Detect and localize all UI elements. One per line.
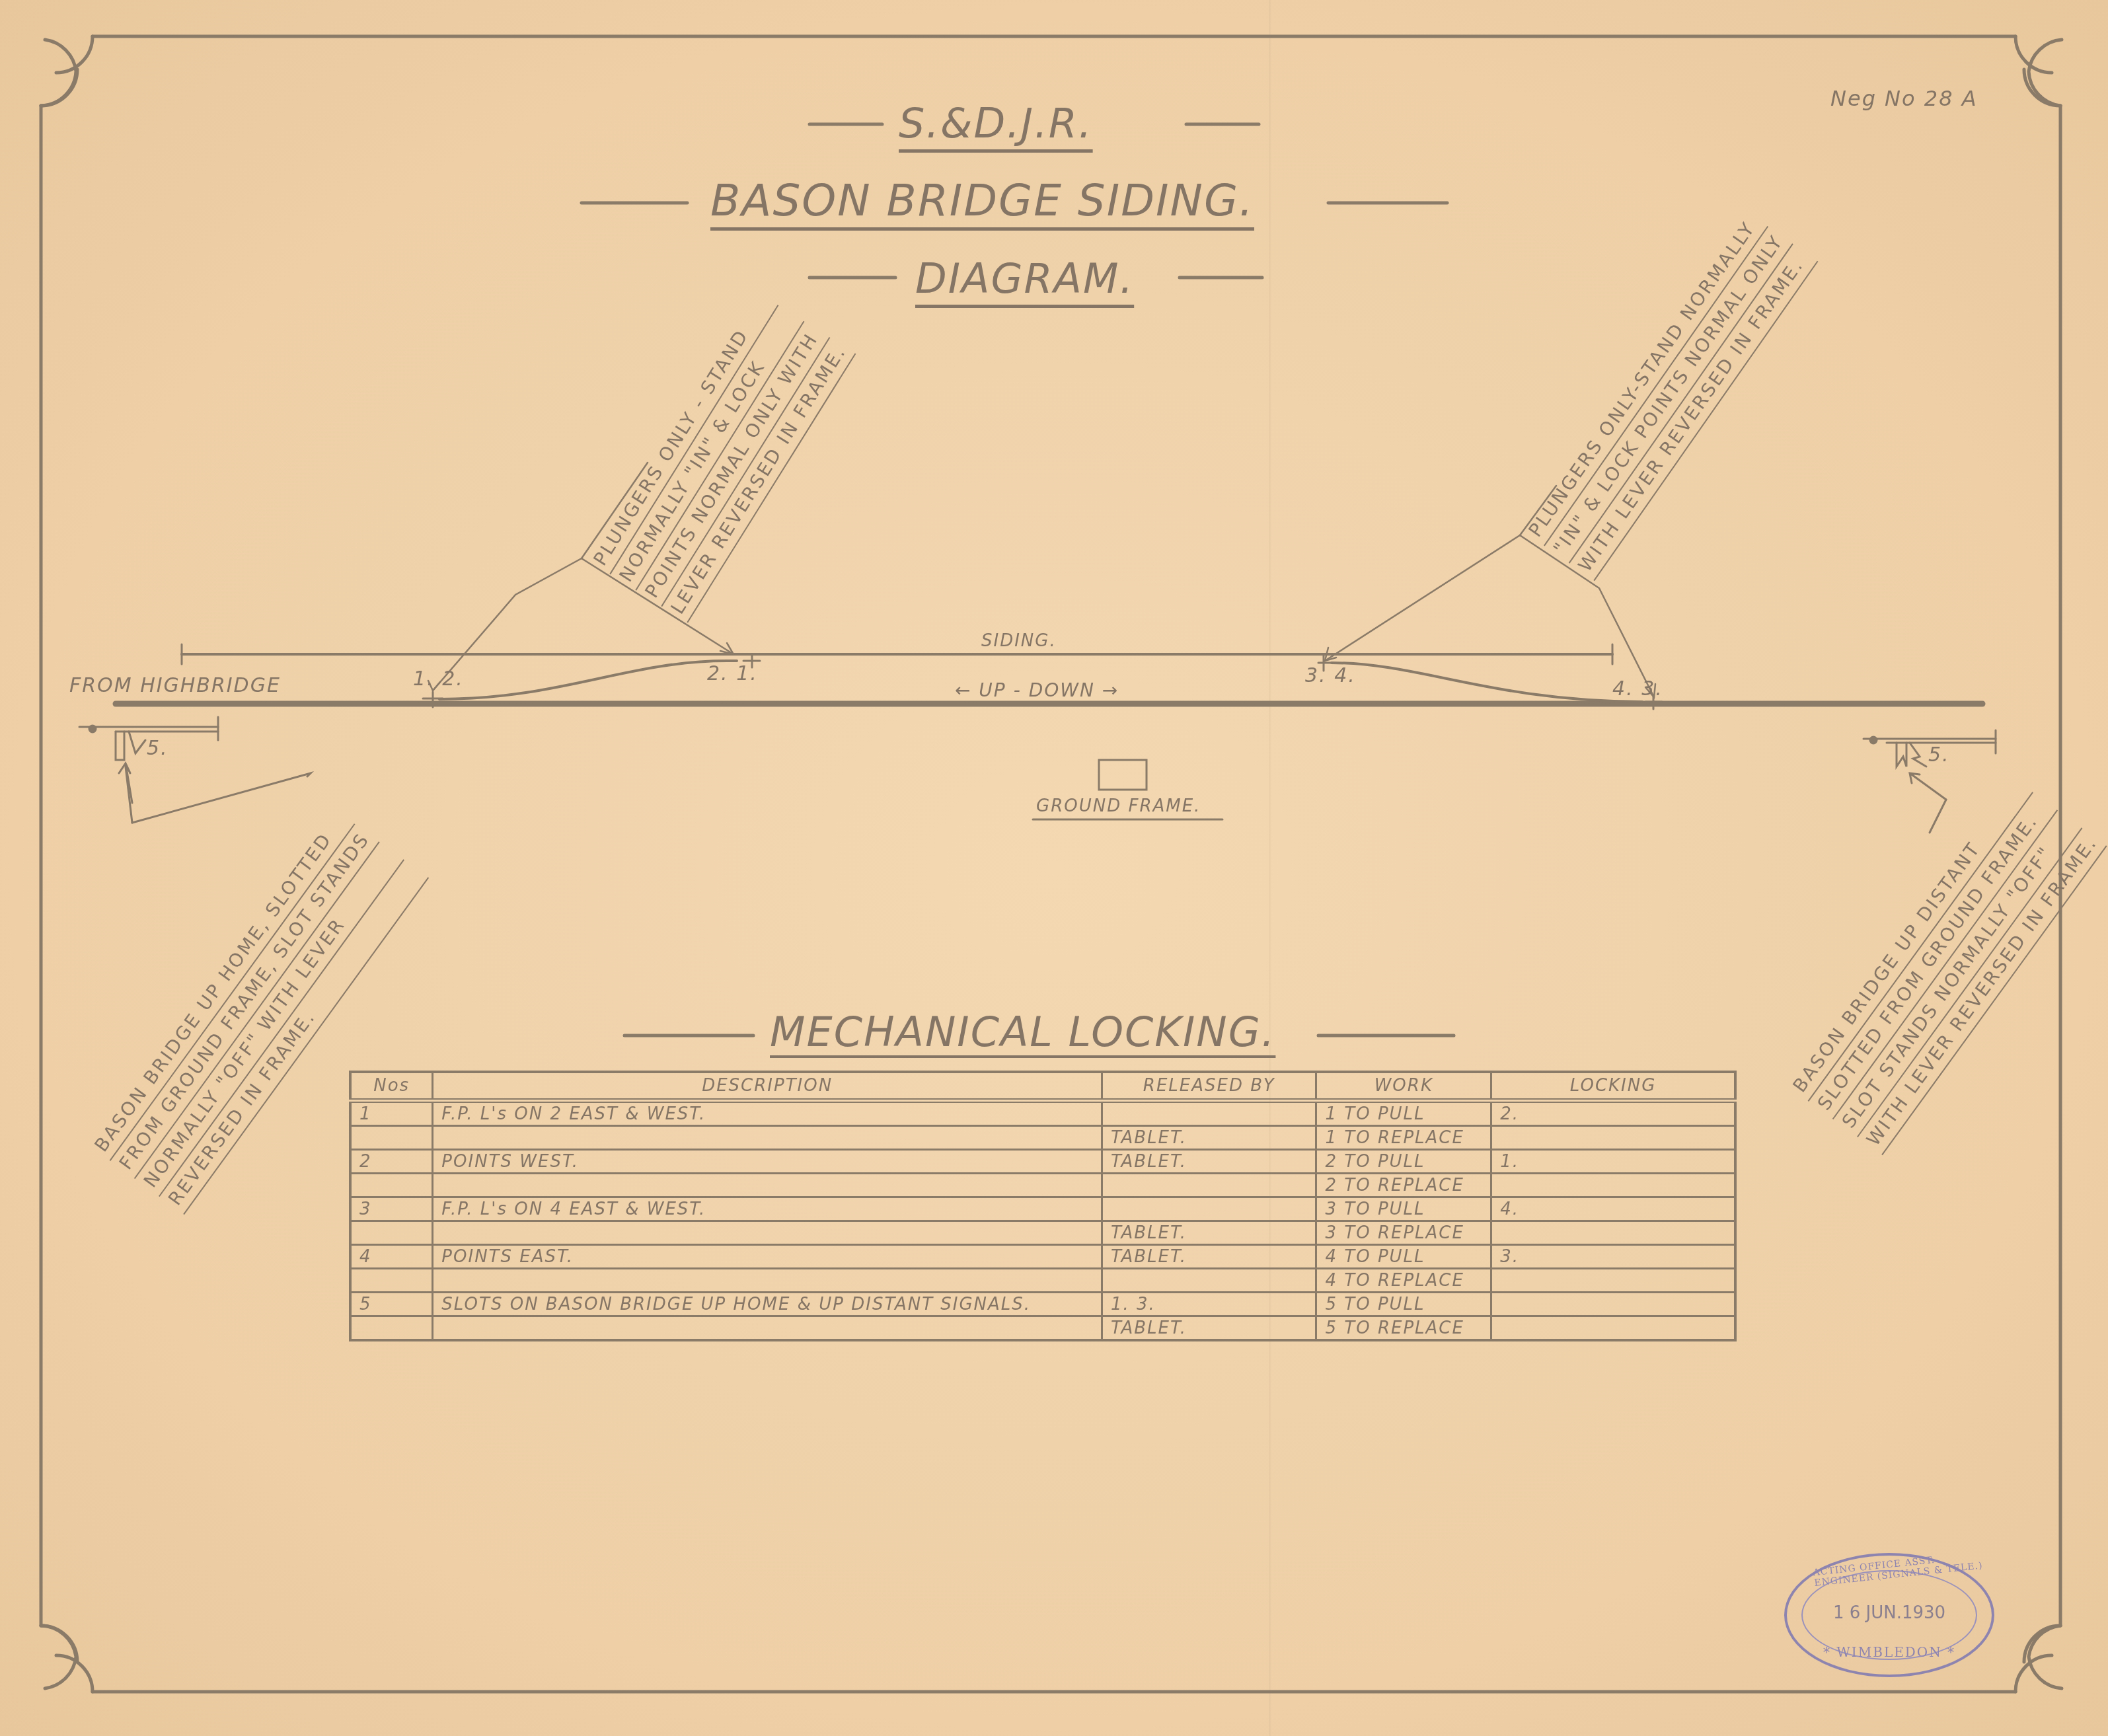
stamp-location: * WIMBLEDON * (1787, 1644, 1992, 1660)
up-distant-signal-number: 5. (1928, 743, 1950, 767)
points-label-west-heel: 2. 1. (707, 662, 758, 685)
east-crossover (1332, 663, 1642, 702)
table-row: 1 F.P. L's ON 2 EAST & WEST. 1 TO PULL 2… (350, 1101, 1735, 1126)
table-row: TABLET. 1 TO REPLACE (350, 1126, 1735, 1150)
ground-frame-box (1099, 760, 1147, 790)
siding-label: SIDING. (981, 631, 1057, 651)
header-locking: LOCKING (1491, 1072, 1735, 1101)
title-diagram: DIAGRAM. (915, 254, 1134, 303)
table-row: 3 F.P. L's ON 4 EAST & WEST. 3 TO PULL 4… (350, 1197, 1735, 1221)
title-company: S.&D.J.R. (899, 99, 1093, 147)
ground-frame-label: GROUND FRAME. (1036, 796, 1201, 816)
header-description: DESCRIPTION (433, 1072, 1102, 1101)
points-label-west-toe: 1. 2. (413, 667, 464, 691)
header-released-by: RELEASED BY (1102, 1072, 1316, 1101)
up-home-signal (79, 717, 311, 823)
title-location: BASON BRIDGE SIDING. (710, 175, 1254, 226)
table-row: 5 SLOTS ON BASON BRIDGE UP HOME & UP DIS… (350, 1293, 1735, 1316)
points-label-east-toe: 4. 3. (1612, 677, 1663, 700)
mechanical-locking-table: Nos DESCRIPTION RELEASED BY WORK LOCKING… (349, 1071, 1737, 1341)
up-home-signal-number: 5. (147, 737, 169, 760)
table-row: 4 TO REPLACE (350, 1269, 1735, 1293)
approval-stamp: ACTING OFFICE ASST. ENGINEER (SIGNALS & … (1784, 1553, 1994, 1677)
points-label-east-heel: 3. 4. (1305, 664, 1356, 687)
table-row: 2 POINTS WEST. TABLET. 2 TO PULL 1. (350, 1150, 1735, 1174)
west-crossover (439, 661, 737, 699)
negative-reference: Neg No 28 A (1830, 86, 1978, 111)
from-highbridge-label: FROM HIGHBRIDGE (69, 674, 281, 697)
header-nos: Nos (350, 1072, 433, 1101)
table-row: TABLET. 5 TO REPLACE (350, 1316, 1735, 1341)
header-work: WORK (1316, 1072, 1491, 1101)
up-down-direction-label: ← UP - DOWN → (955, 679, 1119, 701)
table-header-row: Nos DESCRIPTION RELEASED BY WORK LOCKING (350, 1072, 1735, 1101)
mechanical-locking-title: MECHANICAL LOCKING. (770, 1008, 1275, 1056)
table-row: 2 TO REPLACE (350, 1174, 1735, 1197)
table-row: TABLET. 3 TO REPLACE (350, 1221, 1735, 1245)
table-row: 4 POINTS EAST. TABLET. 4 TO PULL 3. (350, 1245, 1735, 1269)
stamp-date: 1 6 JUN.1930 (1787, 1603, 1992, 1623)
